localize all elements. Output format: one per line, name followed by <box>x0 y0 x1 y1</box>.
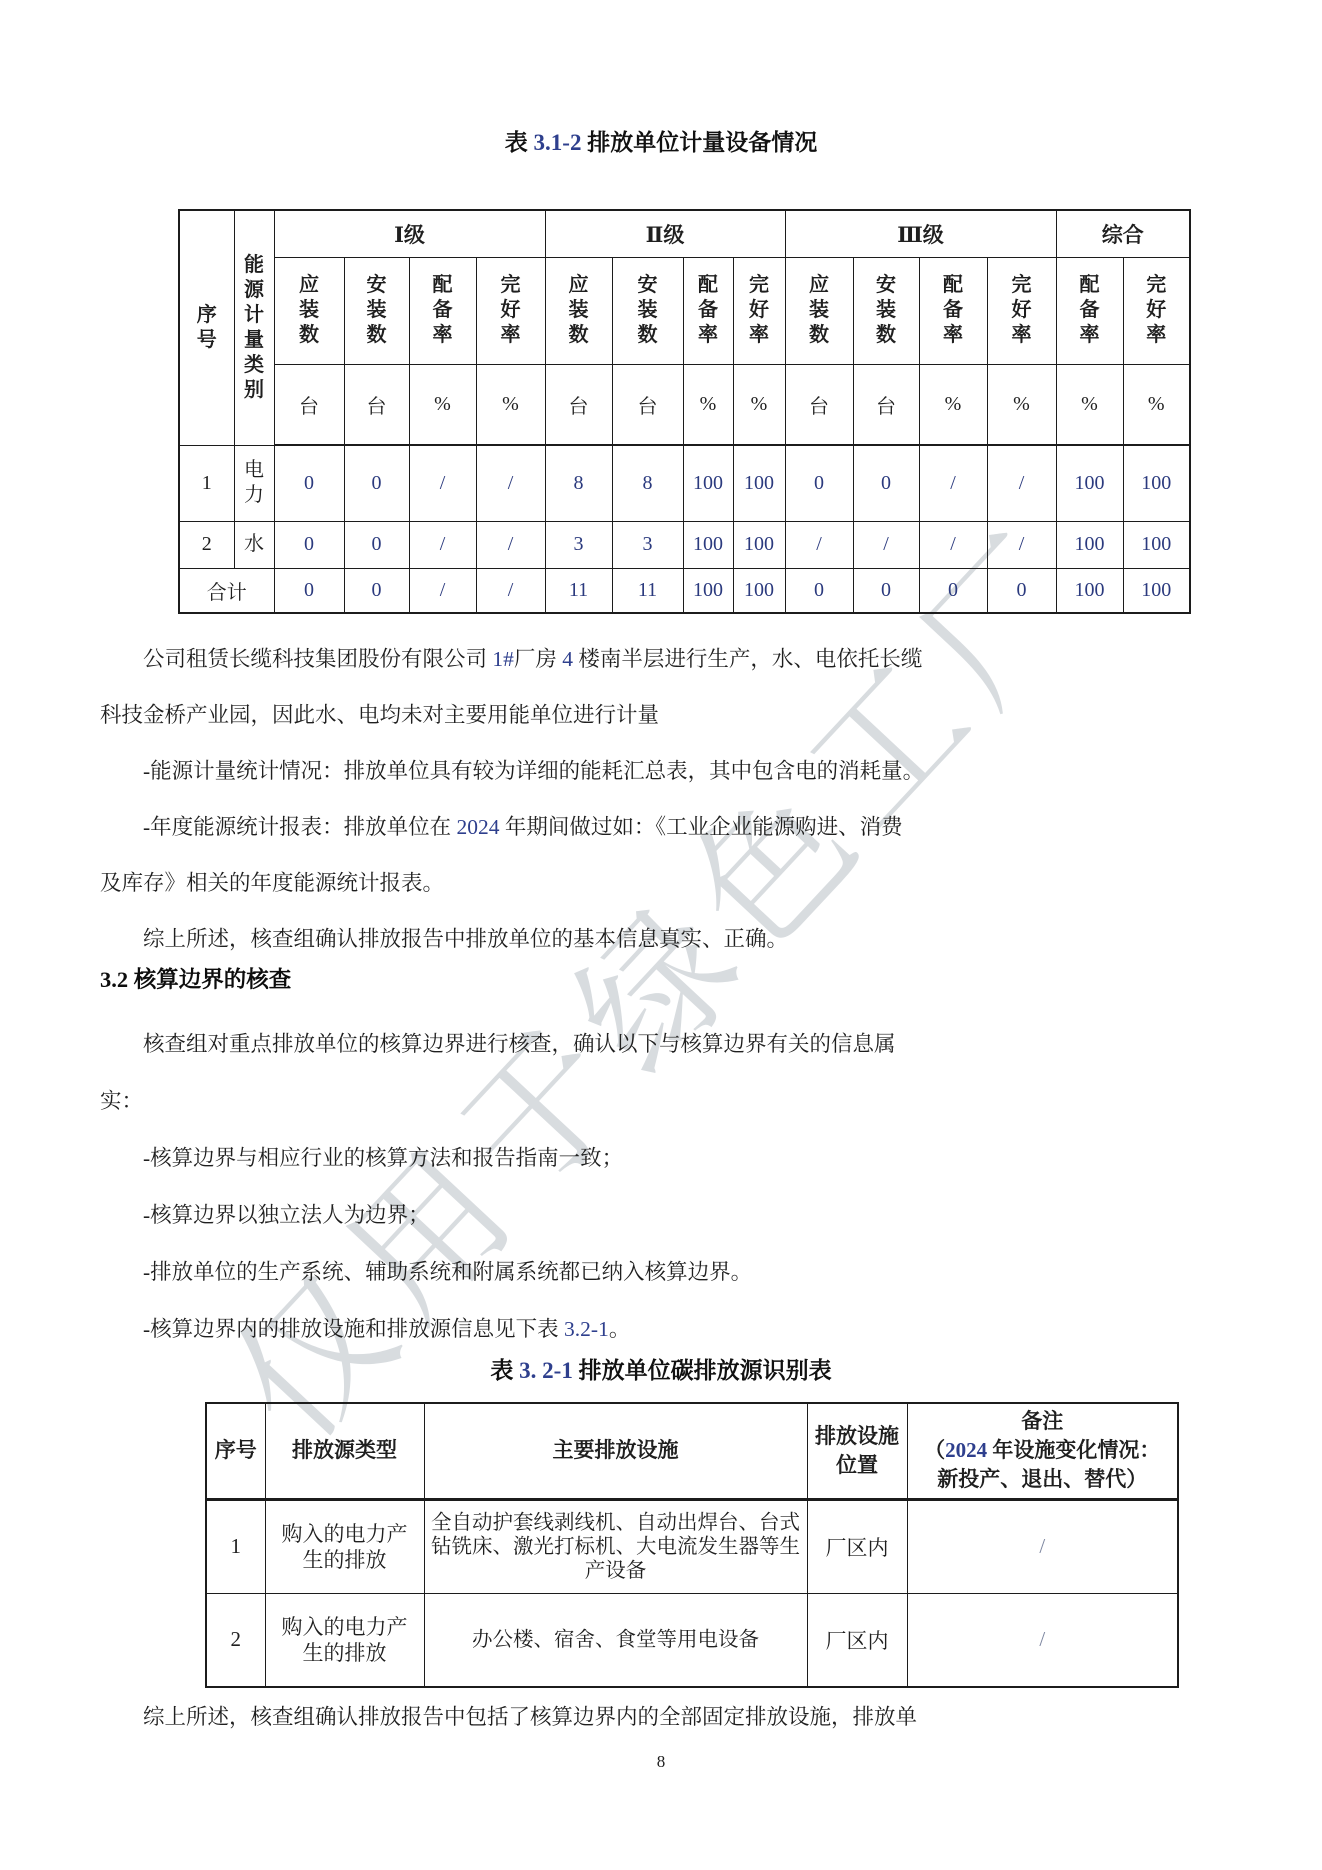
unit-cell: 台 <box>274 364 344 445</box>
row-source-type: 购入的电力产生的排放 <box>265 1499 424 1593</box>
header-seq: 序号 <box>179 210 234 445</box>
text-line: -能源计量统计情况：排放单位具有较为详细的能耗汇总表，其中包含电的消耗量。 <box>100 743 1232 799</box>
header-label: 应装数 <box>545 257 612 364</box>
header-category: 能源计量类别 <box>234 210 274 445</box>
unit-cell: % <box>987 364 1056 445</box>
header-source-type: 排放源类型 <box>265 1403 424 1499</box>
text-line: -排放单位的生产系统、辅助系统和附属系统都已纳入核算边界。 <box>100 1244 1232 1301</box>
unit-cell: 台 <box>545 364 612 445</box>
header-seq: 序号 <box>206 1403 265 1499</box>
unit-cell: 台 <box>344 364 409 445</box>
row-seq: 2 <box>206 1593 265 1687</box>
page-number: 8 <box>0 1752 1322 1772</box>
row-seq: 1 <box>179 445 234 521</box>
unit-cell: % <box>919 364 987 445</box>
row-total-label: 合计 <box>179 568 274 613</box>
text-line: 科技金桥产业园，因此水、电均未对主要用能单位进行计量 <box>100 687 1232 743</box>
table2-title: 表 3. 2-1 排放单位碳排放源识别表 <box>0 1352 1322 1385</box>
paragraph-block-basic-info: 公司租赁长缆科技集团股份有限公司 1#厂房 4 楼南半层进行生产，水、电依托长缆… <box>100 631 1232 967</box>
unit-cell: % <box>476 364 545 445</box>
row-category: 电力 <box>234 445 274 521</box>
text-line: -核算边界以独立法人为边界； <box>100 1187 1232 1244</box>
unit-cell: % <box>409 364 476 445</box>
text-line: -核算边界与相应行业的核算方法和报告指南一致； <box>100 1130 1232 1187</box>
row-source-type: 购入的电力产生的排放 <box>265 1593 424 1687</box>
header-label: 应装数 <box>274 257 344 364</box>
text-line: 实： <box>100 1073 1232 1130</box>
unit-cell: 台 <box>853 364 919 445</box>
metering-equipment-table: 序号 能源计量类别 Ⅰ级 Ⅱ级 Ⅲ级 综合 应装数 安装数 配备率 完好率 应装… <box>178 209 1191 614</box>
row-location: 厂区内 <box>807 1593 907 1687</box>
header-group-overall: 综合 <box>1056 210 1190 257</box>
text-line: 公司租赁长缆科技集团股份有限公司 1#厂房 4 楼南半层进行生产，水、电依托长缆 <box>100 631 1232 687</box>
unit-cell: 台 <box>612 364 683 445</box>
closing-paragraph: 综上所述，核查组确认排放报告中包括了核算边界内的全部固定排放设施，排放单 <box>100 1696 1275 1738</box>
table-row: 1 电力 0 0 / / 8 8 100 100 0 0 / / 100 100 <box>179 445 1190 521</box>
table1-title: 表 3.1-2 排放单位计量设备情况 <box>0 124 1322 157</box>
header-label: 完好率 <box>476 257 545 364</box>
header-label: 安装数 <box>853 257 919 364</box>
header-main-facility: 主要排放设施 <box>424 1403 807 1499</box>
text-line: 综上所述，核查组确认排放报告中排放单位的基本信息真实、正确。 <box>100 911 1232 967</box>
header-label: 配备率 <box>1056 257 1123 364</box>
header-label: 完好率 <box>1123 257 1190 364</box>
section-heading-3-2: 3.2 核算边界的核查 <box>100 962 291 994</box>
header-label: 完好率 <box>987 257 1056 364</box>
row-category: 水 <box>234 521 274 568</box>
text-line: 核查组对重点排放单位的核算边界进行核查，确认以下与核算边界有关的信息属 <box>100 1016 1232 1073</box>
table-row: 2 水 0 0 / / 3 3 100 100 / / / / 100 100 <box>179 521 1190 568</box>
row-note: / <box>907 1499 1178 1593</box>
emission-source-table: 序号 排放源类型 主要排放设施 排放设施 位置 备注 （2024 年设施变化情况… <box>205 1402 1179 1688</box>
document-page: 仅用于绿色工厂 表 3.1-2 排放单位计量设备情况 序号 能源计量类别 Ⅰ级 … <box>0 0 1322 1870</box>
row-seq: 1 <box>206 1499 265 1593</box>
unit-cell: % <box>1056 364 1123 445</box>
header-location: 排放设施 位置 <box>807 1403 907 1499</box>
text-line: -年度能源统计报表：排放单位在 2024 年期间做过如：《工业企业能源购进、消费 <box>100 799 1232 855</box>
header-label: 配备率 <box>683 257 733 364</box>
row-location: 厂区内 <box>807 1499 907 1593</box>
header-note: 备注 （2024 年设施变化情况： 新投产、退出、替代） <box>907 1403 1178 1499</box>
header-label: 安装数 <box>612 257 683 364</box>
row-facility: 全自动护套线剥线机、自动出焊台、台式钻铣床、激光打标机、大电流发生器等生产设备 <box>424 1499 807 1593</box>
header-label: 配备率 <box>409 257 476 364</box>
row-seq: 2 <box>179 521 234 568</box>
paragraph-block-boundary: 核查组对重点排放单位的核算边界进行核查，确认以下与核算边界有关的信息属 实： -… <box>100 1016 1232 1358</box>
unit-cell: % <box>733 364 785 445</box>
row-note: / <box>907 1593 1178 1687</box>
header-group-level2: Ⅱ级 <box>545 210 785 257</box>
header-group-level3: Ⅲ级 <box>785 210 1056 257</box>
header-label: 安装数 <box>344 257 409 364</box>
header-label: 配备率 <box>919 257 987 364</box>
unit-cell: 台 <box>785 364 853 445</box>
unit-cell: % <box>1123 364 1190 445</box>
row-facility: 办公楼、宿舍、食堂等用电设备 <box>424 1593 807 1687</box>
header-group-level1: Ⅰ级 <box>274 210 545 257</box>
table-row-total: 合计 0 0 / / 11 11 100 100 0 0 0 0 100 100 <box>179 568 1190 613</box>
table-row: 2 购入的电力产生的排放 办公楼、宿舍、食堂等用电设备 厂区内 / <box>206 1593 1178 1687</box>
unit-cell: % <box>683 364 733 445</box>
header-label: 完好率 <box>733 257 785 364</box>
table-row: 1 购入的电力产生的排放 全自动护套线剥线机、自动出焊台、台式钻铣床、激光打标机… <box>206 1499 1178 1593</box>
header-label: 应装数 <box>785 257 853 364</box>
text-line: -核算边界内的排放设施和排放源信息见下表 3.2-1。 <box>100 1301 1232 1358</box>
text-line: 及库存》相关的年度能源统计报表。 <box>100 855 1232 911</box>
